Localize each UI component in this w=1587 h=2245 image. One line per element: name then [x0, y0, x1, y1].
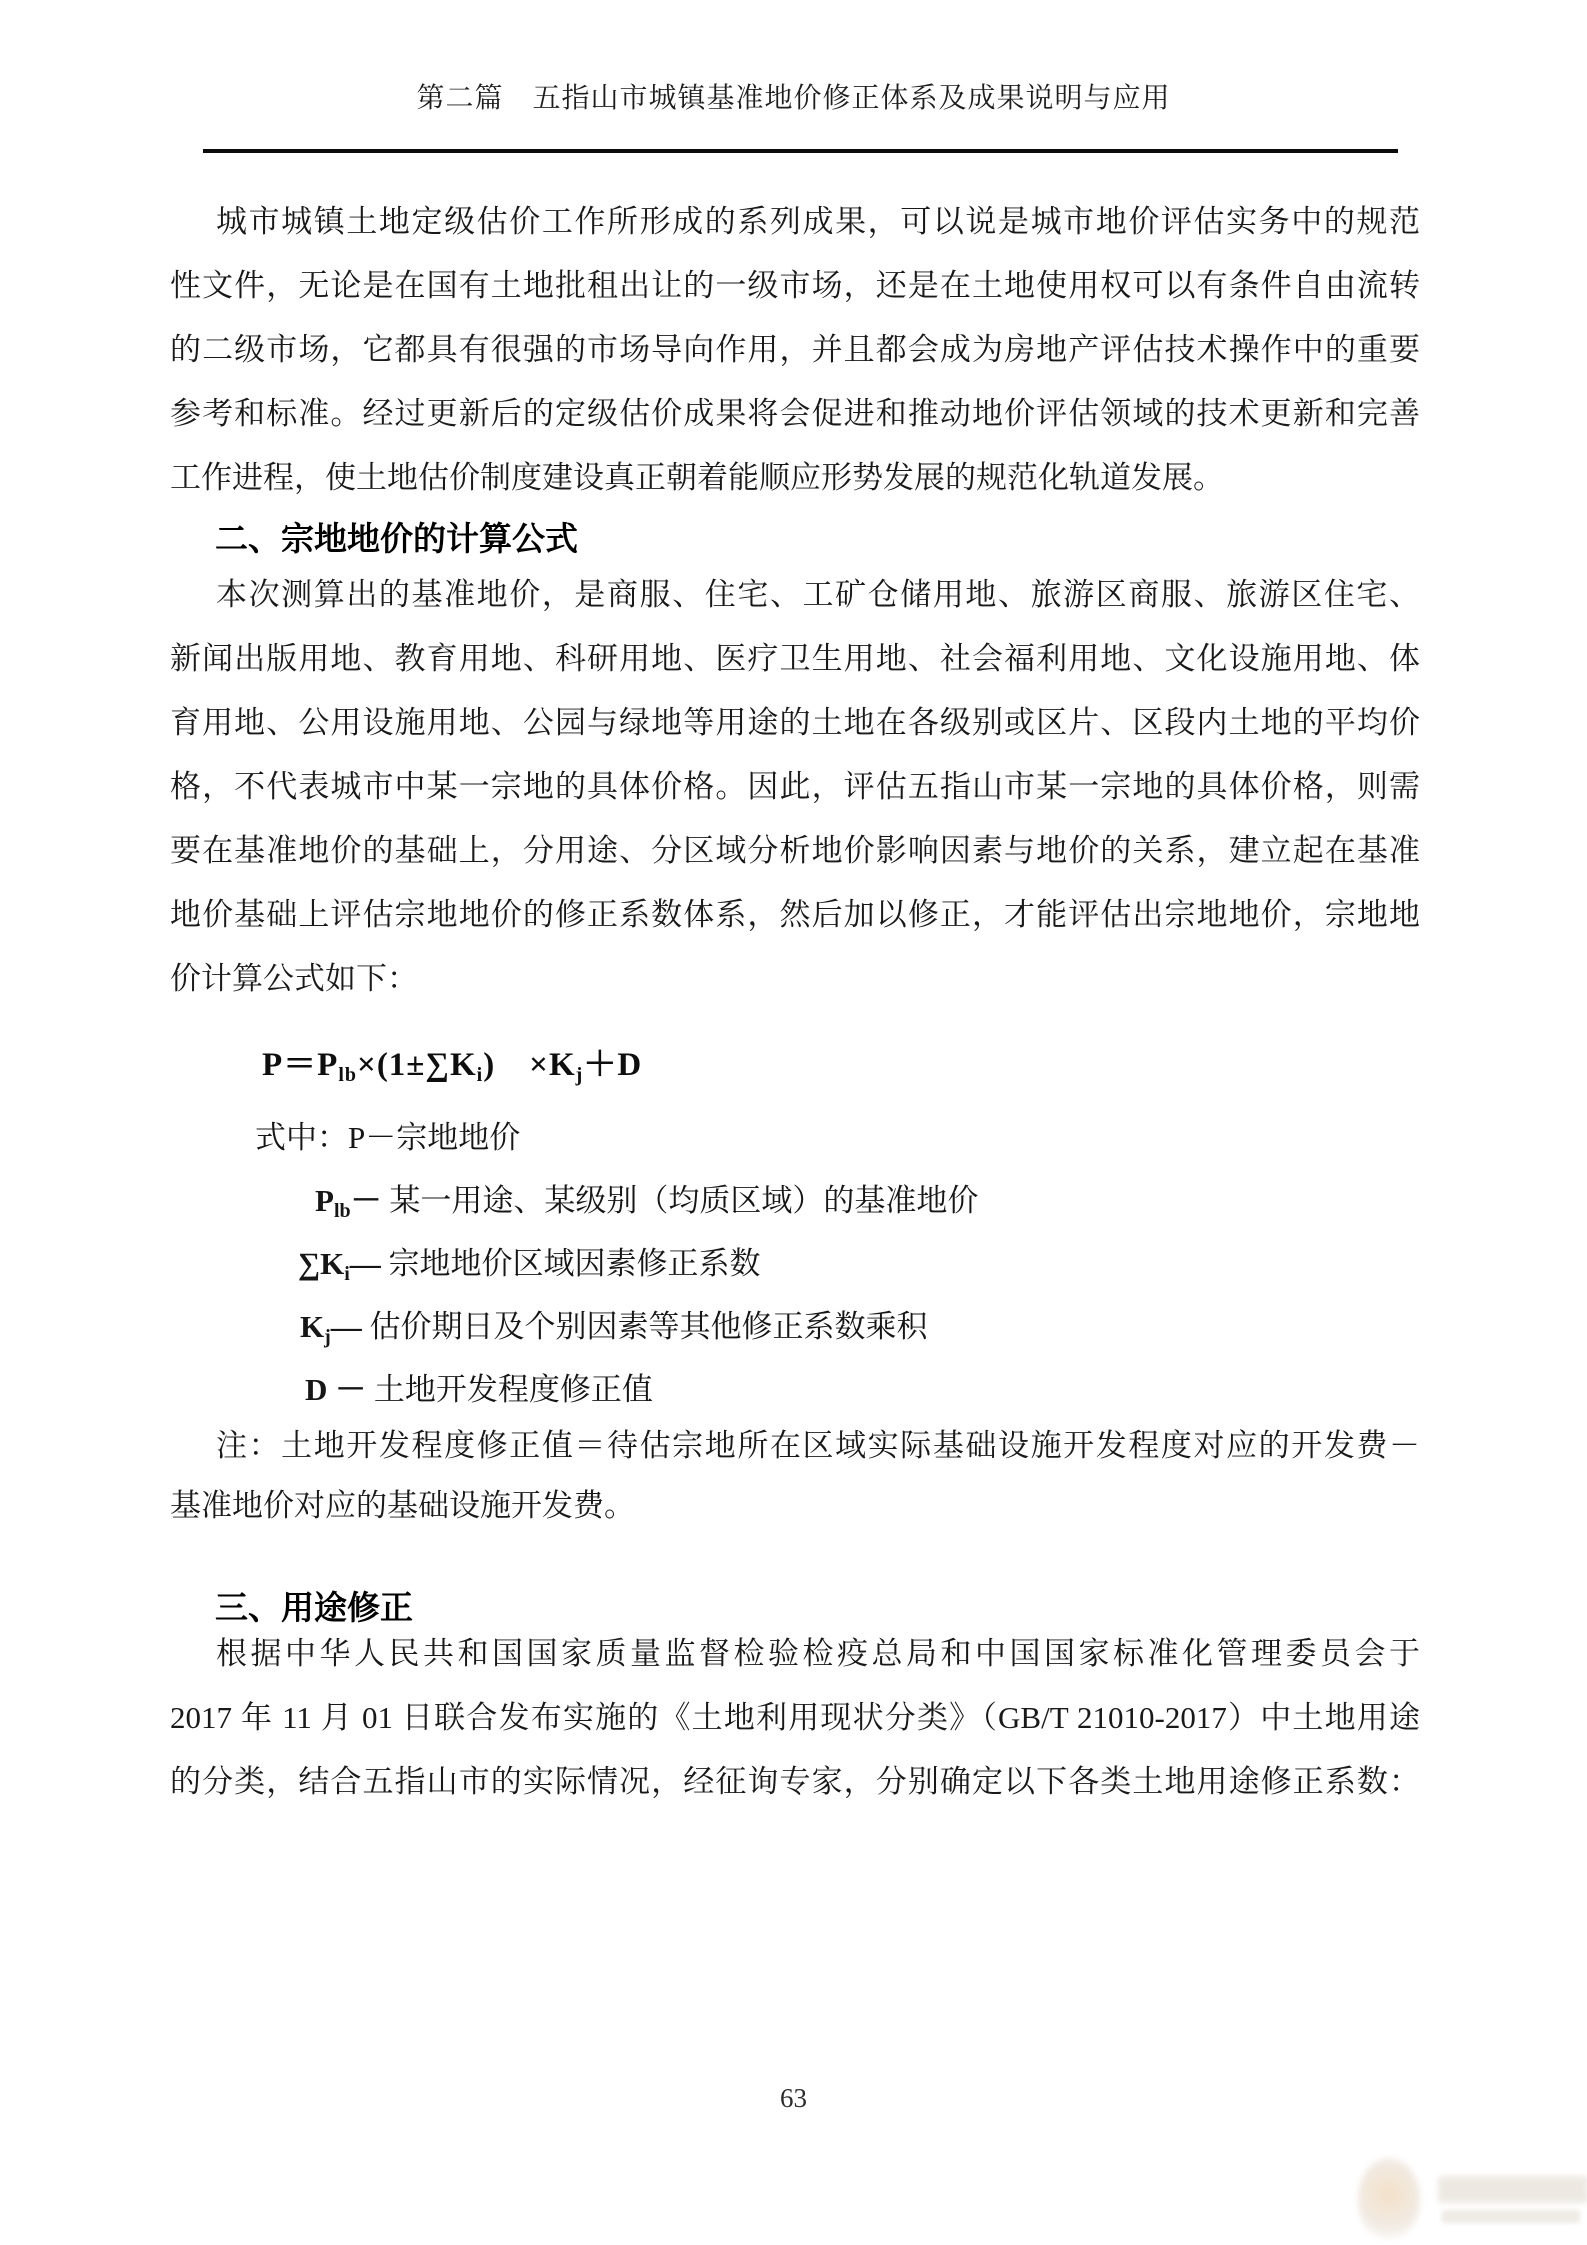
- text-line: 新闻出版用地、教育用地、科研用地、医疗卫生用地、社会福利用地、文化设施用地、体: [170, 627, 1420, 691]
- formula-term: ×(1±∑K: [357, 1047, 477, 1083]
- text-line: 城市城镇土地定级估价工作所形成的系列成果，可以说是城市地价评估实务中的规范: [170, 190, 1420, 254]
- formula-subscript: lb: [338, 1064, 357, 1086]
- symbol: ∑Ki—: [298, 1246, 389, 1281]
- definition-line: D － 土地开发程度修正值: [170, 1358, 1420, 1421]
- formula-term: P＝P: [262, 1047, 338, 1083]
- definition-line: Plb－ 某一用途、某级别（均质区域）的基准地价: [170, 1169, 1420, 1232]
- section-2-paragraph: 本次测算出的基准地价，是商服、住宅、工矿仓储用地、旅游区商服、旅游区住宅、 新闻…: [170, 563, 1420, 1011]
- intro-paragraph: 城市城镇土地定级估价工作所形成的系列成果，可以说是城市地价评估实务中的规范 性文…: [170, 190, 1420, 510]
- text-line: 基准地价对应的基础设施开发费。: [170, 1476, 1420, 1536]
- symbol: Kj—: [300, 1309, 370, 1344]
- section-2-heading: 二、宗地地价的计算公式: [215, 513, 578, 560]
- document-page: 第二篇 五指山市城镇基准地价修正体系及成果说明与应用 城市城镇土地定级估价工作所…: [0, 0, 1587, 2245]
- page-header-title: 第二篇 五指山市城镇基准地价修正体系及成果说明与应用: [0, 76, 1587, 116]
- text-line: 注：土地开发程度修正值＝待估宗地所在区域实际基础设施开发程度对应的开发费－: [170, 1416, 1420, 1476]
- text-line: 性文件，无论是在国有土地批租出让的一级市场，还是在土地使用权可以有条件自由流转: [170, 254, 1420, 318]
- definition-text: 土地开发程度修正值: [374, 1372, 653, 1407]
- text-line: 地价基础上评估宗地地价的修正系数体系，然后加以修正，才能评估出宗地地价，宗地地: [170, 883, 1420, 947]
- text-line: 参考和标准。经过更新后的定级估价成果将会促进和推动地价评估领域的技术更新和完善: [170, 382, 1420, 446]
- page-number: 63: [0, 2083, 1587, 2114]
- definition-text: 宗地地价区域因素修正系数: [389, 1246, 761, 1281]
- text-line: 价计算公式如下：: [170, 947, 1420, 1011]
- section-3-paragraph: 根据中华人民共和国国家质量监督检验检疫总局和中国国家标准化管理委员会于 2017…: [170, 1622, 1420, 1814]
- formula-definitions: 式中：P－宗地地价 Plb－ 某一用途、某级别（均质区域）的基准地价 ∑Ki— …: [170, 1106, 1420, 1421]
- watermark-logo: [1358, 2158, 1420, 2238]
- watermark-text-blob: [1438, 2176, 1587, 2203]
- text-line: 工作进程，使土地估价制度建设真正朝着能顺应形势发展的规范化轨道发展。: [170, 446, 1420, 510]
- definition-line: ∑Ki— 宗地地价区域因素修正系数: [170, 1232, 1420, 1295]
- text-line: 的分类，结合五指山市的实际情况，经征询专家，分别确定以下各类土地用途修正系数：: [170, 1750, 1420, 1814]
- text-line: 本次测算出的基准地价，是商服、住宅、工矿仓储用地、旅游区商服、旅游区住宅、: [170, 563, 1420, 627]
- definition-line: Kj— 估价期日及个别因素等其他修正系数乘积: [170, 1295, 1420, 1358]
- formula-term: ＋D: [583, 1047, 642, 1083]
- text-line: 格，不代表城市中某一宗地的具体价格。因此，评估五指山市某一宗地的具体价格，则需: [170, 755, 1420, 819]
- note-paragraph: 注：土地开发程度修正值＝待估宗地所在区域实际基础设施开发程度对应的开发费－ 基准…: [170, 1416, 1420, 1536]
- watermark-url-blob: [1442, 2210, 1580, 2223]
- symbol: D －: [305, 1372, 374, 1407]
- text-line: 的二级市场，它都具有很强的市场导向作用，并且都会成为房地产评估技术操作中的重要: [170, 318, 1420, 382]
- formula-term: ) ×K: [483, 1047, 575, 1083]
- land-price-formula: P＝Plb×(1±∑Ki) ×Kj＋D: [262, 1038, 642, 1085]
- definition-text: 估价期日及个别因素等其他修正系数乘积: [370, 1309, 928, 1344]
- text-line: 2017 年 11 月 01 日联合发布实施的《土地利用现状分类》（GB/T 2…: [170, 1686, 1420, 1750]
- text-line: 要在基准地价的基础上，分用途、分区域分析地价影响因素与地价的关系，建立起在基准: [170, 819, 1420, 883]
- symbol: Plb－: [315, 1183, 389, 1218]
- text-line: 育用地、公用设施用地、公园与绿地等用途的土地在各级别或区片、区段内土地的平均价: [170, 691, 1420, 755]
- definition-line: 式中：P－宗地地价: [170, 1106, 1420, 1169]
- text-line: 根据中华人民共和国国家质量监督检验检疫总局和中国国家标准化管理委员会于: [170, 1622, 1420, 1686]
- definition-text: 某一用途、某级别（均质区域）的基准地价: [389, 1183, 978, 1218]
- header-rule: [203, 149, 1398, 153]
